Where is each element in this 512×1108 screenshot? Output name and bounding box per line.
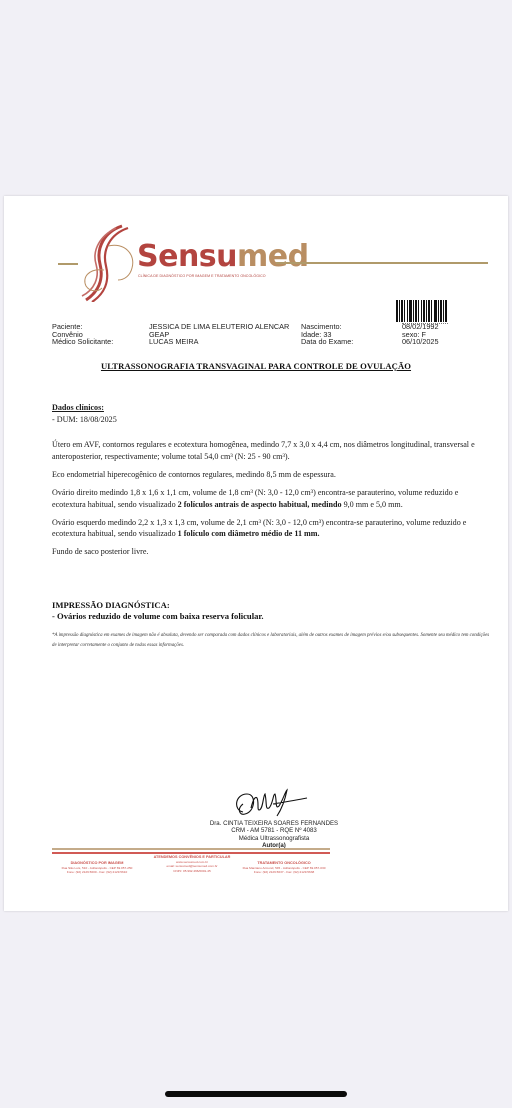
header-rule-right: [276, 262, 488, 264]
clinic-header: Sensumed CLÍNICA DE DIAGNÓSTICO POR IMAG…: [4, 196, 508, 296]
footer-contact: ATENDEMOS CONVÊNIOS E PARTICULAR www.sen…: [144, 855, 240, 873]
label-requesting-doctor: Médico Solicitante:: [52, 338, 113, 346]
header-rule-left: [58, 263, 78, 265]
patient-name: JESSICA DE LIMA ELEUTERIO ALENCAR: [149, 323, 289, 331]
endometrium-paragraph: Eco endometrial hiperecogênico de contor…: [52, 469, 492, 481]
clinical-data-heading: Dados clínicos:: [52, 402, 492, 414]
footer-rule-gold: [52, 848, 330, 850]
dum-line: - DUM: 18/08/2025: [52, 414, 492, 426]
patient-values: JESSICA DE LIMA ELEUTERIO ALENCAR GEAP L…: [149, 323, 289, 346]
patient-labels-2: Nascimento: Idade: 33 Data do Exame:: [301, 323, 353, 346]
footer-oncology-address: TRATAMENTO ONCOLÓGICO Rua Marciano Armon…: [232, 861, 336, 875]
report-body: Dados clínicos: - DUM: 18/08/2025 Útero …: [52, 402, 492, 564]
impression-heading: IMPRESSÃO DIAGNÓSTICA:: [52, 600, 492, 611]
disclaimer: *A impressão diagnóstica em exames de im…: [52, 631, 492, 651]
barcode: [396, 300, 454, 322]
signer-block: Dra. CINTIA TEIXEIRA SOARES FERNANDES CR…: [189, 820, 359, 849]
left-ovary-paragraph: Ovário esquerdo medindo 2,2 x 1,3 x 1,3 …: [52, 517, 492, 540]
requesting-doctor-value: LUCAS MEIRA: [149, 338, 289, 346]
exam-date-value: 06/10/2025: [402, 338, 439, 346]
diagnostic-impression: IMPRESSÃO DIAGNÓSTICA: - Ovários reduzid…: [52, 600, 492, 622]
home-indicator[interactable]: [165, 1091, 347, 1097]
uterus-paragraph: Útero em AVF, contornos regulares e ecot…: [52, 439, 492, 462]
signer-crm: CRM - AM 5781 - RQE Nº 4083: [189, 827, 359, 834]
cul-de-sac-paragraph: Fundo de saco posterior livre.: [52, 546, 492, 558]
signature-scribble: [229, 786, 309, 822]
signer-role: Médica Ultrassonografista: [189, 835, 359, 842]
brand-tagline: CLÍNICA DE DIAGNÓSTICO POR IMAGEM E TRAT…: [138, 274, 266, 278]
report-page: Sensumed CLÍNICA DE DIAGNÓSTICO POR IMAG…: [4, 196, 508, 911]
signer-name: Dra. CINTIA TEIXEIRA SOARES FERNANDES: [189, 820, 359, 827]
brand-name: Sensumed: [137, 242, 309, 272]
footer-imaging-address: DIAGNÓSTICO POR IMAGEM Rua São Luís, 510…: [50, 861, 144, 875]
patient-labels: Paciente: Convênio Médico Solicitante:: [52, 323, 113, 346]
footer-rule-red: [52, 852, 330, 854]
patient-values-2: 08/02/1992 sexo: F 06/10/2025: [402, 323, 439, 346]
sensumed-swirl-logo-icon: [78, 224, 140, 302]
impression-text: - Ovários reduzido de volume com baixa r…: [52, 611, 492, 622]
label-exam-date: Data do Exame:: [301, 338, 353, 346]
report-title: ULTRASSONOGRAFIA TRANSVAGINAL PARA CONTR…: [4, 361, 508, 371]
right-ovary-paragraph: Ovário direito medindo 1,8 x 1,6 x 1,1 c…: [52, 487, 492, 510]
